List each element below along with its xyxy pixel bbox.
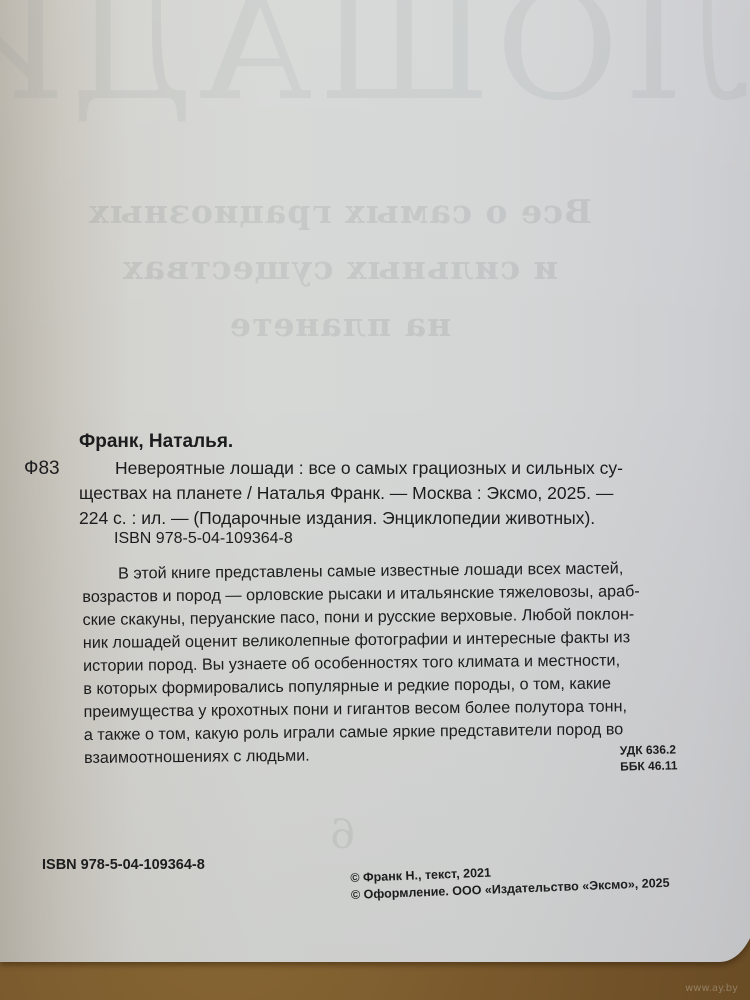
biblio-line: Невероятные лошади : все о самых грациоз… <box>79 456 679 481</box>
annotation-paragraph: В этой книге представлены самые известны… <box>82 557 644 770</box>
biblio-line: 224 с. : ил. — (Подарочные издания. Энци… <box>79 506 679 531</box>
annotation-line: взаимоотношениях с людьми. <box>84 741 644 770</box>
book-page: ЛОШАДИ Все о самых грациозных и сильных … <box>0 0 750 962</box>
show-through-subtitle-line: Все о самых грациозных <box>60 192 620 231</box>
watermark: www.ay.by <box>685 983 738 994</box>
author-heading: Франк, Наталья. <box>79 431 233 453</box>
show-through-mark: 6 <box>330 812 355 858</box>
isbn-record: ISBN 978-5-04-109364-8 <box>114 530 293 548</box>
show-through-subtitle-line: и сильных существах <box>60 248 620 287</box>
photo-scene: ЛОШАДИ Все о самых грациозных и сильных … <box>0 0 750 1000</box>
isbn-footer: ISBN 978-5-04-109364-8 <box>42 857 205 873</box>
bbk-code: ББК 46.11 <box>620 757 678 774</box>
classification-codes: УДК 636.2 ББК 46.11 <box>620 741 678 774</box>
udk-code: УДК 636.2 <box>620 741 678 758</box>
copyright-block: © Франк Н., текст, 2021 © Оформление. ОО… <box>350 858 670 904</box>
catalog-code: Ф83 <box>24 458 60 480</box>
bibliographic-description: Невероятные лошади : все о самых грациоз… <box>79 456 679 531</box>
show-through-title: ЛОШАДИ <box>0 0 750 134</box>
show-through-subtitle-line: на планете <box>60 305 620 344</box>
biblio-line: ществах на планете / Наталья Франк. — Мо… <box>79 481 679 506</box>
